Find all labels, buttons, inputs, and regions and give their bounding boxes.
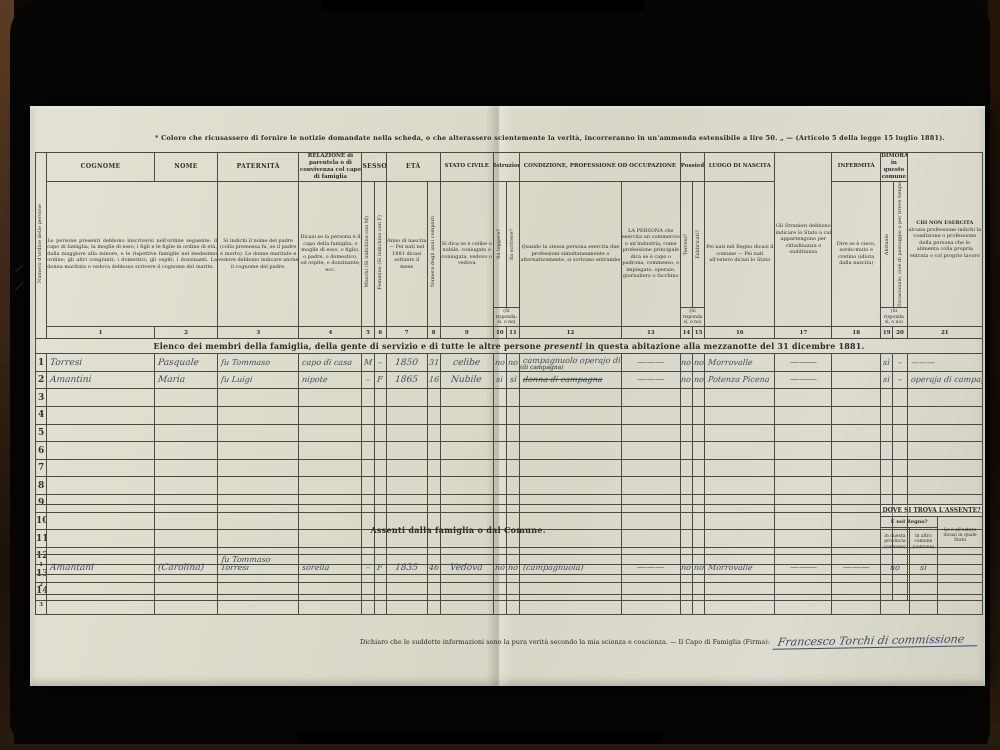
colnum-7: 7 [386, 327, 427, 339]
band-title-row: Elenco dei membri della famiglia, della … [36, 339, 983, 354]
cell-cognome [47, 459, 155, 477]
header-possiede: Possiede [680, 153, 704, 182]
declaration: Dichiaro che le suddette informazioni so… [360, 634, 980, 648]
colnum-12: 12 [520, 327, 622, 339]
cell-terreni [680, 389, 692, 407]
cell-luogo [705, 575, 775, 595]
cell-cognome [47, 424, 155, 442]
dimora-note: (Si risponda sì, o no) [881, 307, 906, 326]
handwritten-value: – [378, 358, 383, 367]
row-number: 3 [36, 595, 47, 615]
cell-paternita: fu Tommaso [218, 354, 299, 372]
desc-maschi: Maschi (Si indichino con M) [362, 181, 374, 327]
cell-legge [493, 459, 506, 477]
handwritten-value: fu Luigi [218, 376, 253, 384]
cell-terreni [680, 442, 692, 460]
desc-condizione: Quando la stessa persona esercita due pr… [520, 181, 622, 327]
cell-relazione: capo di casa [299, 354, 362, 372]
cell-f: – [374, 354, 386, 372]
assenti-table: Assenti dalla famiglia o dal Comune. DOV… [35, 504, 983, 615]
colnum-10: 10 [493, 327, 506, 339]
cell-fabbricati: no [693, 371, 705, 389]
desc-relazione: Dicasi se la persona è il capo della fam… [299, 181, 362, 327]
handwritten-value: F [377, 563, 384, 572]
cell-infermita [832, 575, 881, 595]
cell-relazione [299, 424, 362, 442]
cell-stato: celibe [440, 354, 493, 372]
cell-infermita [832, 424, 881, 442]
cell-anni [427, 575, 440, 595]
desc-persona: LA PERSONA che esercita un commercio o u… [621, 181, 680, 327]
header-condizione: CONDIZIONE, PROFESSIONE OD OCCUPAZIONE [520, 153, 681, 182]
cell-stato [440, 407, 493, 425]
colnum-14: 14 [680, 327, 692, 339]
handwritten-value: Maria [155, 375, 186, 385]
cell-abituale [881, 424, 893, 442]
cell-persona [621, 575, 680, 595]
cell-nome: Pasquale [155, 354, 218, 372]
row-number: 2 [36, 371, 47, 389]
cell-anno [386, 407, 427, 425]
row-number: 7 [36, 459, 47, 477]
desc-anni: Numero degli anni compiuti [427, 181, 440, 327]
cell-anni [427, 424, 440, 442]
cell-terreni [680, 477, 692, 495]
cell-stato: Vedova [440, 555, 493, 575]
handwritten-value: sì [496, 375, 504, 384]
cell-luogo [705, 595, 775, 615]
cell-persona [621, 424, 680, 442]
cell-condizione [520, 477, 622, 495]
istruzione-note: (Si risponda: sì, o no) [494, 307, 519, 326]
cell-scrive [506, 477, 519, 495]
cell-scrive [506, 595, 519, 615]
column-num-header: Numero d'ordine delle persone [36, 153, 47, 339]
cell-luogo [705, 424, 775, 442]
maschi-label: Maschi (Si indichino con M) [365, 216, 371, 287]
cell-occasionale [893, 459, 907, 477]
cell-abituale: sì [881, 354, 893, 372]
femmine-label: Femmine (Si indichino con F) [378, 215, 384, 290]
header-eta: ETÀ [386, 153, 440, 182]
handwritten-value: no [693, 563, 704, 572]
cell-paternita: fu Tommaso Torresi [218, 555, 299, 575]
cell-estero [938, 595, 983, 615]
cell-anno [386, 442, 427, 460]
cell-anno [386, 424, 427, 442]
handwritten-value: 1850 [395, 358, 419, 368]
cell-anno: 1835 [386, 555, 427, 575]
occasionale: Occasionale, cioè di passaggio o per bre… [893, 182, 906, 308]
cell-condizione [520, 595, 622, 615]
cell-cognome [47, 442, 155, 460]
fabbricati: Fabbricati? [692, 182, 704, 308]
cell-luogo [705, 477, 775, 495]
handwritten-value: Torresi [47, 358, 83, 368]
cell-anno [386, 389, 427, 407]
cell-chinon [907, 407, 982, 425]
census-sheet: * Coloro che ricusassero di fornire le n… [30, 106, 985, 686]
cell-condizione: (campagnuola) [520, 555, 622, 575]
cell-abituale [881, 442, 893, 460]
possiede-note: (Si risponda sì, o no) [681, 307, 704, 326]
desc-dimora: Abituale Occasionale, cioè di passaggio … [881, 181, 907, 327]
row-number: 1 [36, 555, 47, 575]
cell-luogo: Morrovalle [705, 354, 775, 372]
handwritten-value: operaja di campagna [907, 375, 982, 384]
handwritten-value: ——— [789, 358, 817, 368]
handwritten-value: celibe [453, 358, 481, 368]
cell-persona [621, 595, 680, 615]
cell-cognome [47, 575, 155, 595]
cell-persona: ——— [621, 371, 680, 389]
desc-paternita: Si indichi il nome del padre (colla prem… [218, 181, 299, 327]
cell-stranieri [775, 459, 832, 477]
dove-regno: È nel Regno? [881, 517, 938, 528]
cell-occasionale [893, 477, 907, 495]
handwritten-value: 1865 [395, 375, 419, 385]
cell-nome [155, 477, 218, 495]
cell-nome [154, 575, 217, 595]
colnum-19: 19 [881, 327, 893, 339]
handwritten-annotation: (di campagna) [520, 366, 621, 369]
cell-scrive: no [506, 555, 519, 575]
colnum-17: 17 [775, 327, 832, 339]
cell-m: M [362, 354, 374, 372]
colnum-20: 20 [893, 327, 907, 339]
handwritten-value: Pasquale [155, 358, 200, 368]
handwritten-value: no [494, 358, 505, 367]
declaration-text: Dichiaro che le suddette informazioni so… [360, 638, 770, 646]
cell-estero [938, 555, 983, 575]
desc-anno: Anno di nascita — Pei nati nel 1881 dica… [386, 181, 427, 327]
cell-nome [155, 442, 218, 460]
header-stato-civile: STATO CIVILE [440, 153, 493, 182]
desc-istruzione: Sa leggere? Sa scrivere? (Si risponda: s… [493, 181, 519, 327]
head-of-family-signature: Francesco Torchi di commissione [773, 632, 980, 650]
row-number: 3 [36, 389, 47, 407]
handwritten-value: no [693, 358, 704, 367]
cell-cognome [47, 595, 155, 615]
cell-paternita [218, 407, 299, 425]
cell-paternita [218, 389, 299, 407]
cell-anno: 1865 [386, 371, 427, 389]
cell-paternita [218, 459, 299, 477]
handwritten-value: Vedova [450, 563, 484, 573]
cell-m [362, 442, 374, 460]
handwritten-value: sì [920, 563, 928, 572]
handwritten-value: no [494, 563, 505, 572]
cell-m [362, 389, 374, 407]
handwritten-value: – [366, 375, 371, 384]
cell-legge: sì [493, 371, 506, 389]
cell-inaltro [909, 595, 937, 615]
cell-persona [621, 389, 680, 407]
cell-stranieri [775, 407, 832, 425]
colnum-4: 4 [299, 327, 362, 339]
cell-condizione: campagnuolo operajo di c.(di campagna) [520, 354, 622, 372]
cell-infermita [832, 595, 881, 615]
cell-anni [427, 442, 440, 460]
dove-box-title: DOVE SI TROVA L'ASSENTE? [881, 505, 983, 517]
cell-stranieri: ——— [775, 371, 832, 389]
cell-cognome [47, 389, 155, 407]
cell-fabbricati: no [692, 555, 704, 575]
cell-infermita [832, 371, 881, 389]
cell-m [362, 459, 374, 477]
cell-occasionale [893, 389, 907, 407]
row-number: 1 [36, 354, 47, 372]
row-number: 5 [36, 424, 47, 442]
cell-persona [621, 442, 680, 460]
cell-relazione: nipote [299, 371, 362, 389]
cell-estero [938, 575, 983, 595]
cell-stranieri [775, 442, 832, 460]
cell-infermita [832, 354, 881, 372]
colnum-8: 8 [427, 327, 440, 339]
cell-terreni: no [680, 371, 692, 389]
cell-stato [440, 575, 493, 595]
handwritten-value: no [681, 375, 692, 384]
handwritten-value: no [889, 563, 900, 572]
cell-scrive [506, 459, 519, 477]
header-sesso: SESSO [362, 153, 386, 182]
row-number: 6 [36, 442, 47, 460]
cell-f [374, 442, 386, 460]
handwritten-value: – [366, 563, 371, 572]
cell-anni [427, 459, 440, 477]
cell-terreni [680, 575, 692, 595]
desc-persone: Le persone presenti debbono inscriversi … [47, 181, 218, 327]
cell-chinon [907, 459, 982, 477]
cell-terreni [680, 459, 692, 477]
cell-fabbricati [693, 407, 705, 425]
sa-scrivere: Sa scrivere? [506, 182, 519, 308]
cell-fabbricati: no [693, 354, 705, 372]
header-relazione: RELAZIONE di parentela o di convivenza c… [299, 153, 362, 182]
cell-infermita [832, 442, 881, 460]
band-title: Elenco dei membri della famiglia, della … [36, 339, 983, 354]
cell-scrive [506, 389, 519, 407]
cell-relazione [299, 575, 362, 595]
header-luogo: LUOGO DI NASCITA [705, 153, 775, 182]
cell-fabbricati [693, 442, 705, 460]
table-row: 1Amantani(Carolina)fu Tommaso Torresisor… [36, 555, 983, 575]
handwritten-value: no [681, 563, 692, 572]
cell-luogo: Potenza Picena [705, 371, 775, 389]
cell-infermita [832, 459, 881, 477]
cell-anni: 46 [427, 555, 440, 575]
cell-stranieri [775, 389, 832, 407]
occasionale-label: Occasionale, cioè di passaggio o per bre… [898, 182, 904, 308]
abituale: Abituale [881, 182, 893, 308]
header-nome: NOME [155, 153, 218, 182]
cell-stato [440, 389, 493, 407]
cell-anno: 1850 [386, 354, 427, 372]
cell-cognome: Torresi [47, 354, 155, 372]
bottom-edge-strip [0, 744, 1000, 750]
cell-luogo [705, 389, 775, 407]
table-row: 8 [36, 477, 983, 495]
handwritten-value: sì [883, 375, 891, 384]
band-prefix: Elenco dei membri della famiglia, della … [153, 341, 544, 351]
cell-inaltro [909, 575, 937, 595]
cell-inquesta [881, 595, 909, 615]
cell-anno [386, 575, 427, 595]
cell-terreni: no [680, 354, 692, 372]
cell-paternita: fu Luigi [218, 371, 299, 389]
cell-anni [427, 389, 440, 407]
handwritten-value: M [363, 358, 372, 367]
dove-inaltro: in altro comune (comune) [909, 528, 937, 555]
abituale-label: Abituale [885, 234, 891, 255]
cell-m: – [362, 371, 374, 389]
cell-chinon: operaja di campagna [907, 371, 982, 389]
table-row: 2AmantiniMariafu Luiginipote–F186516Nubi… [36, 371, 983, 389]
handwritten-value: fu Tommaso Torresi [218, 556, 299, 572]
handwritten-value: sì [883, 358, 891, 367]
cell-occasionale [893, 407, 907, 425]
cell-luogo: Morrovalle [705, 555, 775, 575]
handwritten-value: no [508, 358, 519, 367]
colnum-2: 2 [155, 327, 218, 339]
colnum-13: 13 [621, 327, 680, 339]
handwritten-value: nipote [299, 375, 329, 384]
cell-m: – [362, 555, 374, 575]
handwritten-value: ——— [842, 563, 870, 573]
cell-inaltro: sì [909, 555, 937, 575]
cell-fabbricati [693, 389, 705, 407]
cell-anno [386, 459, 427, 477]
colnum-5: 5 [362, 327, 374, 339]
sa-leggere: Sa leggere? [494, 182, 506, 308]
band-suffix: in questa abitazione alla mezzanotte del… [583, 341, 865, 351]
handwritten-value: ——— [789, 375, 817, 385]
cell-anni [427, 407, 440, 425]
handwritten-value: ——— [637, 358, 665, 368]
cell-relazione: sorella [299, 555, 362, 575]
cell-legge: no [493, 354, 506, 372]
column-numbers-row: 1 2 3 4 5 6 7 8 9 10 11 12 13 14 15 16 1… [36, 327, 983, 339]
cell-condizione [520, 442, 622, 460]
penalty-note: * Coloro che ricusassero di fornire le n… [150, 134, 950, 142]
desc-luogo: Pei nati nel Regno dicasi il comune — Pe… [705, 181, 775, 327]
cell-stato: Nubile [440, 371, 493, 389]
row-number: 2 [36, 575, 47, 595]
dove-inquesta: in questa provincia (comune) [881, 528, 908, 555]
cell-paternita [218, 477, 299, 495]
colnum-11: 11 [506, 327, 519, 339]
header-chi-non-esercita: CHI NON ESERCITA alcuna professione indi… [907, 153, 982, 327]
cell-fabbricati [693, 459, 705, 477]
handwritten-value: sorella [299, 563, 330, 572]
cell-nome: (Carolina) [154, 555, 217, 575]
cell-nome [155, 407, 218, 425]
cell-scrive [506, 407, 519, 425]
cell-infermita: ——— [832, 555, 881, 575]
cell-occasionale [893, 442, 907, 460]
cell-anni [427, 595, 440, 615]
cell-scrive [506, 424, 519, 442]
handwritten-value: Morrovalle [705, 564, 753, 572]
cell-relazione [299, 477, 362, 495]
cell-nome [155, 389, 218, 407]
cell-f [374, 459, 386, 477]
cell-infermita [832, 407, 881, 425]
handwritten-value: F [377, 375, 384, 384]
cell-relazione [299, 407, 362, 425]
handwritten-value: ——— [789, 563, 817, 573]
table-row: 6 [36, 442, 983, 460]
handwritten-value: – [897, 358, 902, 367]
cell-anni: 16 [427, 371, 440, 389]
handwritten-value: (Carolina) [154, 563, 204, 573]
cell-stato [440, 459, 493, 477]
table-row: 5 [36, 424, 983, 442]
cell-m [362, 595, 374, 615]
cell-paternita [218, 595, 299, 615]
cell-scrive: sì [506, 371, 519, 389]
cell-condizione: donna di campagna [520, 371, 622, 389]
handwritten-value: 46 [428, 563, 439, 572]
cell-abituale [881, 459, 893, 477]
cell-chinon [907, 389, 982, 407]
handwritten-value: – [897, 375, 902, 384]
cell-stato [440, 595, 493, 615]
handwritten-value: Amantani [47, 563, 95, 573]
colnum-9: 9 [440, 327, 493, 339]
handwritten-value: Potenza Picena [705, 376, 770, 384]
cell-fabbricati [692, 595, 704, 615]
scrive-label: Sa scrivere? [510, 229, 516, 260]
cell-paternita [218, 575, 299, 595]
cell-luogo [705, 459, 775, 477]
cell-terreni [680, 595, 692, 615]
cell-legge [493, 595, 506, 615]
cell-m [362, 477, 374, 495]
cell-stranieri: ——— [775, 354, 832, 372]
cell-f [374, 595, 386, 615]
terreni: Terreni? [681, 182, 692, 308]
cell-infermita [832, 389, 881, 407]
cell-occasionale: – [893, 371, 907, 389]
handwritten-value: capo di casa [299, 358, 353, 367]
cell-terreni: no [680, 555, 692, 575]
cell-f: F [374, 371, 386, 389]
cell-cognome: Amantini [47, 371, 155, 389]
band-emph: presenti [544, 341, 583, 351]
cell-scrive: no [506, 354, 519, 372]
handwritten-value: no [693, 375, 704, 384]
cell-cognome: Amantani [47, 555, 155, 575]
assenti-title: Assenti dalla famiglia o dal Comune. [36, 505, 881, 555]
cell-scrive [506, 442, 519, 460]
handwritten-value: donna di campagna [520, 375, 603, 384]
cell-luogo [705, 407, 775, 425]
cell-anno [386, 477, 427, 495]
cell-paternita [218, 424, 299, 442]
top-black-bar [322, 0, 644, 12]
legge-label: Sa leggere? [497, 229, 503, 259]
cell-fabbricati [692, 575, 704, 595]
cell-nome [155, 424, 218, 442]
cell-legge [493, 442, 506, 460]
cell-stato [440, 477, 493, 495]
colnum-3: 3 [218, 327, 299, 339]
handwritten-value: ——— [907, 358, 935, 367]
handwritten-value: sì [509, 375, 517, 384]
cell-chinon [907, 477, 982, 495]
